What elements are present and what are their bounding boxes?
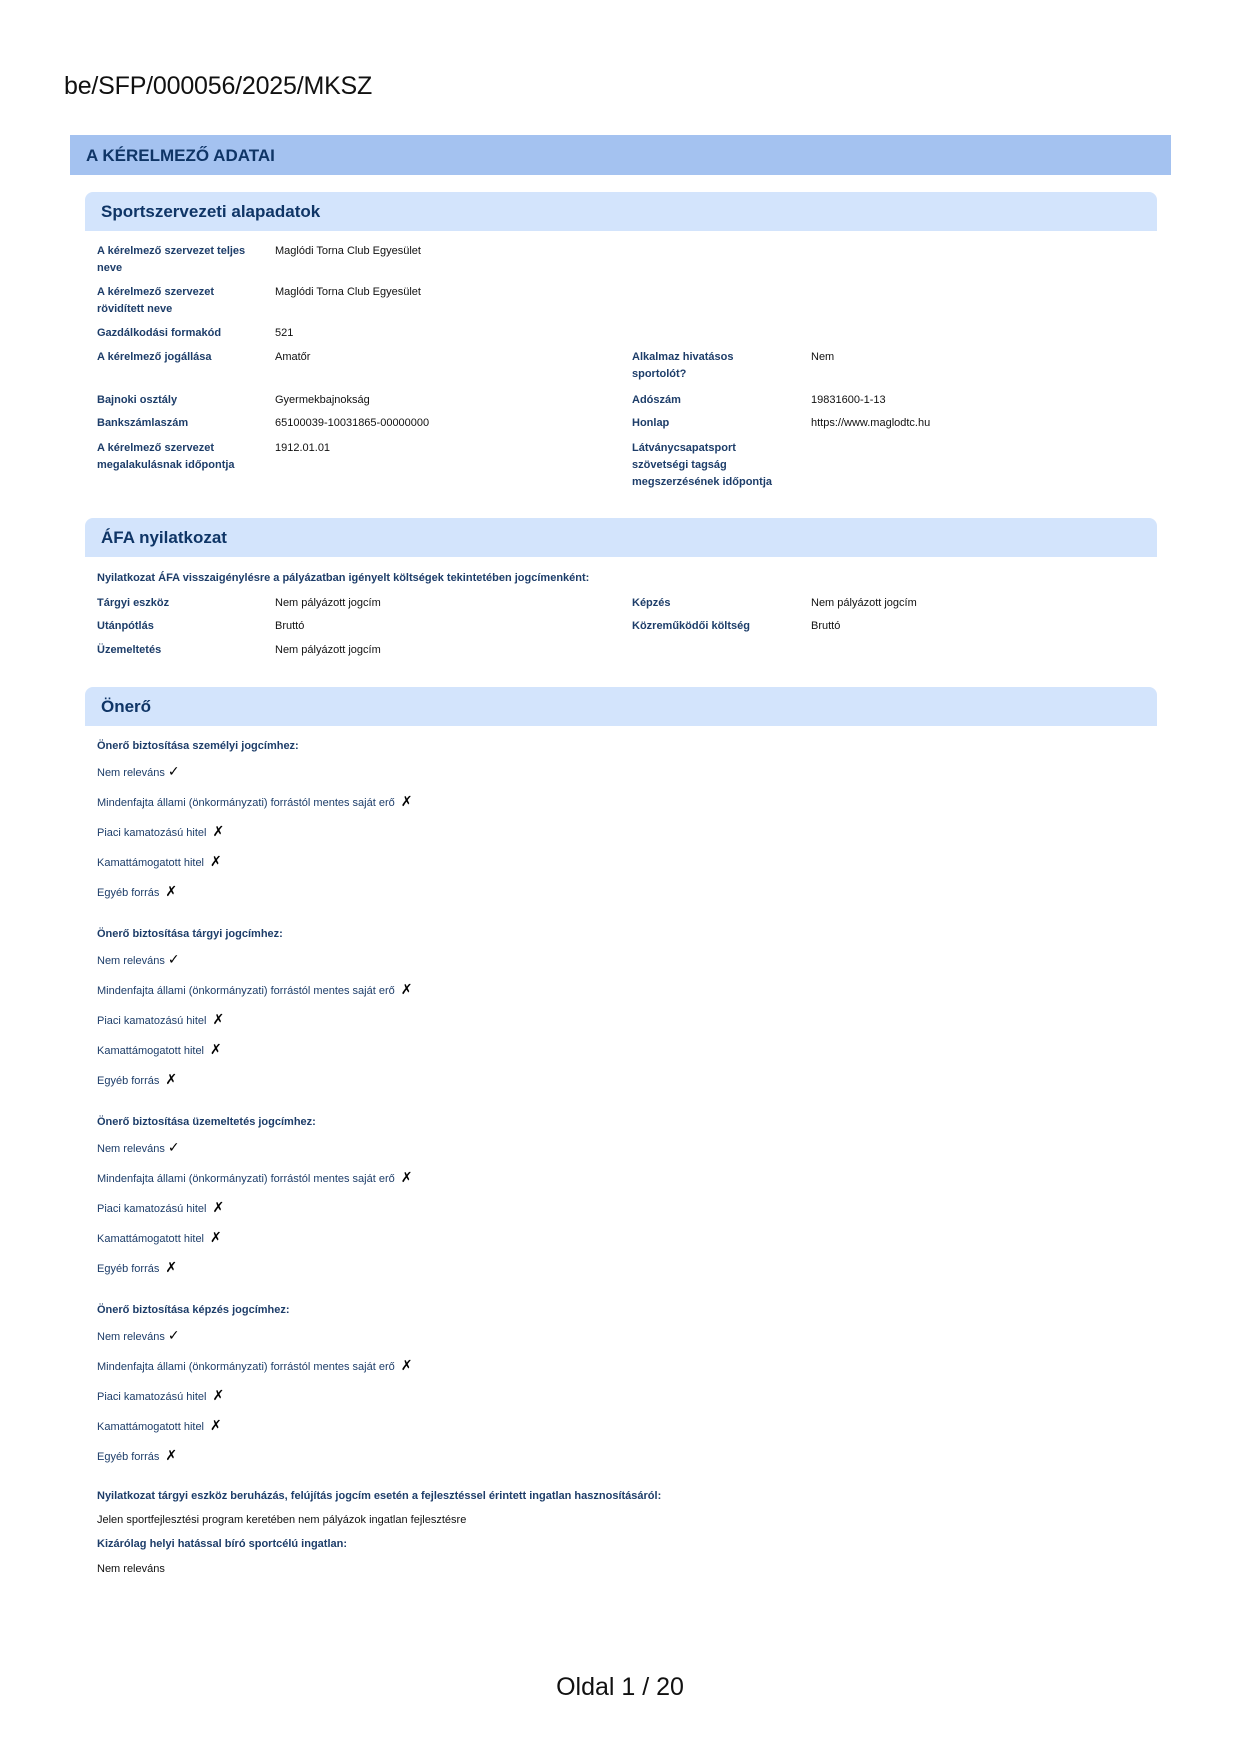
option-label: Egyéb forrás [97, 887, 159, 899]
own-funds-option: Mindenfajta állami (önkormányzati) forrá… [97, 982, 412, 1000]
option-label: Kamattámogatott hitel [97, 1045, 204, 1057]
option-label: Mindenfajta állami (önkormányzati) forrá… [97, 1173, 395, 1185]
option-label: Kamattámogatott hitel [97, 857, 204, 869]
field-label: Képzés [632, 595, 797, 612]
option-label: Egyéb forrás [97, 1263, 159, 1275]
cross-icon: ✗ [212, 1200, 224, 1216]
own-funds-group-heading: Önerő biztosítása személyi jogcímhez: [97, 738, 299, 755]
own-funds-option: Kamattámogatott hitel✗ [97, 1230, 222, 1248]
cross-icon: ✗ [210, 1418, 222, 1434]
field-label: Látványcsapatsport szövetségi tagság meg… [632, 440, 782, 491]
cross-icon: ✗ [165, 1072, 177, 1088]
field-value: Maglódi Torna Club Egyesület [275, 243, 421, 260]
cross-icon: ✗ [210, 1042, 222, 1058]
field-value: Bruttó [811, 618, 840, 635]
field-label: Tárgyi eszköz [97, 595, 262, 612]
field-value: Nem [811, 349, 834, 366]
field-label: Alkalmaz hivatásos sportolót? [632, 349, 757, 383]
field-value: Gyermekbajnokság [275, 392, 370, 409]
own-funds-option: Nem releváns✓ [97, 1140, 180, 1158]
field-value: Bruttó [275, 618, 304, 635]
cross-icon: ✗ [401, 1170, 413, 1186]
cross-icon: ✗ [401, 794, 413, 810]
basic-data-title: Sportszervezeti alapadatok [101, 202, 320, 222]
field-value: 1912.01.01 [275, 440, 330, 457]
vat-header: ÁFA nyilatkozat [85, 518, 1157, 557]
own-funds-option: Mindenfajta állami (önkormányzati) forrá… [97, 1170, 412, 1188]
own-funds-option: Nem releváns✓ [97, 952, 180, 970]
section-title: A KÉRELMEZŐ ADATAI [86, 146, 275, 166]
check-icon: ✓ [168, 764, 180, 780]
own-funds-option: Mindenfajta állami (önkormányzati) forrá… [97, 1358, 412, 1376]
own-funds-header: Önerő [85, 687, 1157, 726]
own-funds-title: Önerő [101, 697, 151, 717]
field-label: A kérelmező szervezet rövidített neve [97, 284, 262, 318]
option-label: Nem releváns [97, 767, 165, 779]
own-funds-option: Kamattámogatott hitel✗ [97, 1042, 222, 1060]
vat-title: ÁFA nyilatkozat [101, 528, 227, 548]
cross-icon: ✗ [165, 884, 177, 900]
own-funds-option: Mindenfajta állami (önkormányzati) forrá… [97, 794, 412, 812]
local-property-heading: Kizárólag helyi hatással bíró sportcélú … [97, 1536, 347, 1553]
field-value: Nem pályázott jogcím [275, 642, 381, 659]
local-property-value: Nem releváns [97, 1561, 165, 1578]
field-value: Nem pályázott jogcím [811, 595, 917, 612]
cross-icon: ✗ [212, 1388, 224, 1404]
field-value: 65100039-10031865-00000000 [275, 415, 429, 432]
own-funds-group-heading: Önerő biztosítása képzés jogcímhez: [97, 1302, 290, 1319]
option-label: Mindenfajta állami (önkormányzati) forrá… [97, 797, 395, 809]
field-value: 19831600-1-13 [811, 392, 886, 409]
option-label: Kamattámogatott hitel [97, 1421, 204, 1433]
own-funds-option: Piaci kamatozású hitel✗ [97, 1012, 224, 1030]
option-label: Egyéb forrás [97, 1451, 159, 1463]
field-label: Bankszámlaszám [97, 415, 262, 432]
cross-icon: ✗ [212, 1012, 224, 1028]
own-funds-option: Egyéb forrás✗ [97, 1448, 177, 1466]
cross-icon: ✗ [401, 1358, 413, 1374]
own-funds-option: Egyéb forrás✗ [97, 884, 177, 902]
option-label: Piaci kamatozású hitel [97, 1391, 206, 1403]
field-value: Nem pályázott jogcím [275, 595, 381, 612]
option-label: Kamattámogatott hitel [97, 1233, 204, 1245]
option-label: Nem releváns [97, 955, 165, 967]
own-funds-option: Egyéb forrás✗ [97, 1260, 177, 1278]
field-label: Gazdálkodási formakód [97, 325, 262, 342]
cross-icon: ✗ [210, 1230, 222, 1246]
section-header: A KÉRELMEZŐ ADATAI [70, 135, 1171, 175]
field-value: Amatőr [275, 349, 310, 366]
cross-icon: ✗ [210, 854, 222, 870]
option-label: Piaci kamatozású hitel [97, 827, 206, 839]
option-label: Mindenfajta állami (önkormányzati) forrá… [97, 1361, 395, 1373]
cross-icon: ✗ [212, 824, 224, 840]
check-icon: ✓ [168, 1140, 180, 1156]
option-label: Piaci kamatozású hitel [97, 1015, 206, 1027]
option-label: Nem releváns [97, 1143, 165, 1155]
own-funds-group-heading: Önerő biztosítása tárgyi jogcímhez: [97, 926, 283, 943]
field-label: A kérelmező szervezet teljes neve [97, 243, 262, 277]
field-label: Üzemeltetés [97, 642, 262, 659]
field-label: Bajnoki osztály [97, 392, 262, 409]
field-value: 521 [275, 325, 293, 342]
field-label: Utánpótlás [97, 618, 262, 635]
own-funds-option: Kamattámogatott hitel✗ [97, 1418, 222, 1436]
own-funds-option: Piaci kamatozású hitel✗ [97, 1388, 224, 1406]
option-label: Egyéb forrás [97, 1075, 159, 1087]
own-funds-option: Kamattámogatott hitel✗ [97, 854, 222, 872]
field-label: A kérelmező szervezet megalakulásnak idő… [97, 440, 262, 474]
field-label: Közreműködői költség [632, 618, 797, 635]
own-funds-option: Piaci kamatozású hitel✗ [97, 1200, 224, 1218]
option-label: Piaci kamatozású hitel [97, 1203, 206, 1215]
own-funds-option: Nem releváns✓ [97, 764, 180, 782]
basic-data-header: Sportszervezeti alapadatok [85, 192, 1157, 231]
own-funds-group-heading: Önerő biztosítása üzemeltetés jogcímhez: [97, 1114, 316, 1131]
cross-icon: ✗ [401, 982, 413, 998]
own-funds-option: Piaci kamatozású hitel✗ [97, 824, 224, 842]
field-label: Honlap [632, 415, 797, 432]
field-label: A kérelmező jogállása [97, 349, 262, 366]
own-funds-option: Nem releváns✓ [97, 1328, 180, 1346]
own-funds-option: Egyéb forrás✗ [97, 1072, 177, 1090]
check-icon: ✓ [168, 952, 180, 968]
cross-icon: ✗ [165, 1260, 177, 1276]
document-id: be/SFP/000056/2025/MKSZ [64, 72, 372, 101]
field-value: Maglódi Torna Club Egyesület [275, 284, 421, 301]
vat-question: Nyilatkozat ÁFA visszaigénylésre a pályá… [97, 570, 589, 587]
property-statement-value: Jelen sportfejlesztési program keretében… [97, 1512, 466, 1529]
website-value: https://www.maglodtc.hu [811, 415, 930, 432]
option-label: Nem releváns [97, 1331, 165, 1343]
option-label: Mindenfajta állami (önkormányzati) forrá… [97, 985, 395, 997]
check-icon: ✓ [168, 1328, 180, 1344]
cross-icon: ✗ [165, 1448, 177, 1464]
property-statement-heading: Nyilatkozat tárgyi eszköz beruházás, fel… [97, 1488, 661, 1505]
page-number: Oldal 1 / 20 [0, 1673, 1240, 1702]
field-label: Adószám [632, 392, 797, 409]
